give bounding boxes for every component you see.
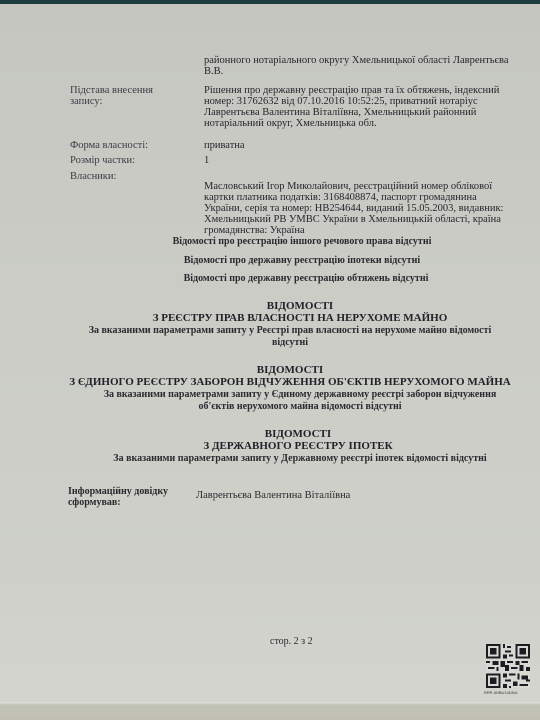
continuation-line-2: В.В. bbox=[204, 66, 540, 77]
value-line: нотаріальний округ, Хмельницька обл. bbox=[204, 118, 540, 129]
section-ownership-registry-title: ВІДОМОСТІ З РЕЄСТРУ ПРАВ ВЛАСНОСТІ НА НЕ… bbox=[30, 300, 540, 324]
qr-caption: RRP-4HBU14DNU bbox=[484, 690, 518, 695]
title-line: З ДЕРЖАВНОГО РЕЄСТРУ ІПОТЕК bbox=[28, 440, 540, 452]
value-line: України, серія та номер: НВ254644, видан… bbox=[204, 203, 540, 214]
section-ownership-registry-note: За вказаними параметрами запиту у Реєстр… bbox=[20, 325, 540, 349]
value-line: Лаврентьєва Валентина Віталіївна, Хмельн… bbox=[204, 107, 540, 118]
page-number: стор. 2 з 2 bbox=[270, 636, 313, 647]
field-value-ownership-form: приватна bbox=[204, 140, 540, 151]
note-line: відсутні bbox=[20, 337, 540, 349]
title-line: ВІДОМОСТІ bbox=[28, 428, 540, 440]
title-line: З ЄДИНОГО РЕЄСТРУ ЗАБОРОН ВІДЧУЖЕННЯ ОБ'… bbox=[20, 376, 540, 388]
note-line: За вказаними параметрами запиту у Реєстр… bbox=[20, 325, 540, 337]
signature-label: Інформаційну довідку сформував: bbox=[68, 486, 188, 508]
title-line: ВІДОМОСТІ bbox=[30, 300, 540, 312]
title-line: З РЕЄСТРУ ПРАВ ВЛАСНОСТІ НА НЕРУХОМЕ МАЙ… bbox=[30, 312, 540, 324]
absent-note-encumbrance: Відомості про державну реєстрацію обтяже… bbox=[36, 272, 540, 285]
value-line: Масловський Ігор Миколайович, реєстрацій… bbox=[204, 181, 540, 192]
value-line: Хмельницький РВ УМВС України в Хмельниць… bbox=[204, 214, 540, 225]
field-label-basis: Підстава внесення запису: bbox=[70, 85, 190, 107]
label-line: Інформаційну довідку bbox=[68, 486, 188, 497]
continuation-line-1: районного нотаріального округу Хмельниць… bbox=[204, 55, 540, 66]
label-line: запису: bbox=[70, 96, 190, 107]
value-line: картки платника податків: 3168408874, па… bbox=[204, 192, 540, 203]
signature-value: Лаврентьєва Валентина Віталіївна bbox=[196, 490, 350, 501]
value-line: номер: 31762632 від 07.10.2016 10:52:25,… bbox=[204, 96, 540, 107]
value-line: Рішення про державну реєстрацію прав та … bbox=[204, 85, 540, 96]
note-line: об'єктів нерухомого майна відомості відс… bbox=[30, 401, 540, 413]
field-value-basis: Рішення про державну реєстрацію прав та … bbox=[204, 85, 540, 129]
absent-note-mortgage: Відомості про державну реєстрацію іпотек… bbox=[32, 254, 540, 267]
absent-note-other-rights: Відомості про реєстрацію іншого речового… bbox=[32, 235, 540, 248]
note-line: За вказаними параметрами запиту у Єдином… bbox=[30, 389, 540, 401]
note-line: За вказаними параметрами запиту у Держав… bbox=[30, 453, 540, 465]
section-alienation-ban-registry-title: ВІДОМОСТІ З ЄДИНОГО РЕЄСТРУ ЗАБОРОН ВІДЧ… bbox=[20, 364, 540, 388]
field-label-ownership-form: Форма власності: bbox=[70, 140, 190, 151]
section-mortgage-registry-title: ВІДОМОСТІ З ДЕРЖАВНОГО РЕЄСТРУ ІПОТЕК bbox=[28, 428, 540, 452]
field-value-owners: Масловський Ігор Миколайович, реєстрацій… bbox=[204, 181, 540, 236]
section-mortgage-registry-note: За вказаними параметрами запиту у Держав… bbox=[30, 453, 540, 465]
label-line: сформував: bbox=[68, 497, 188, 508]
section-alienation-ban-registry-note: За вказаними параметрами запиту у Єдином… bbox=[30, 389, 540, 413]
field-label-share-size: Розмір частки: bbox=[70, 155, 190, 166]
title-line: ВІДОМОСТІ bbox=[20, 364, 540, 376]
field-value-share-size: 1 bbox=[204, 155, 540, 166]
qr-code-icon bbox=[486, 644, 530, 688]
label-line: Підстава внесення bbox=[70, 85, 190, 96]
page-bottom-edge bbox=[0, 702, 540, 720]
field-label-owners: Власники: bbox=[70, 171, 190, 182]
